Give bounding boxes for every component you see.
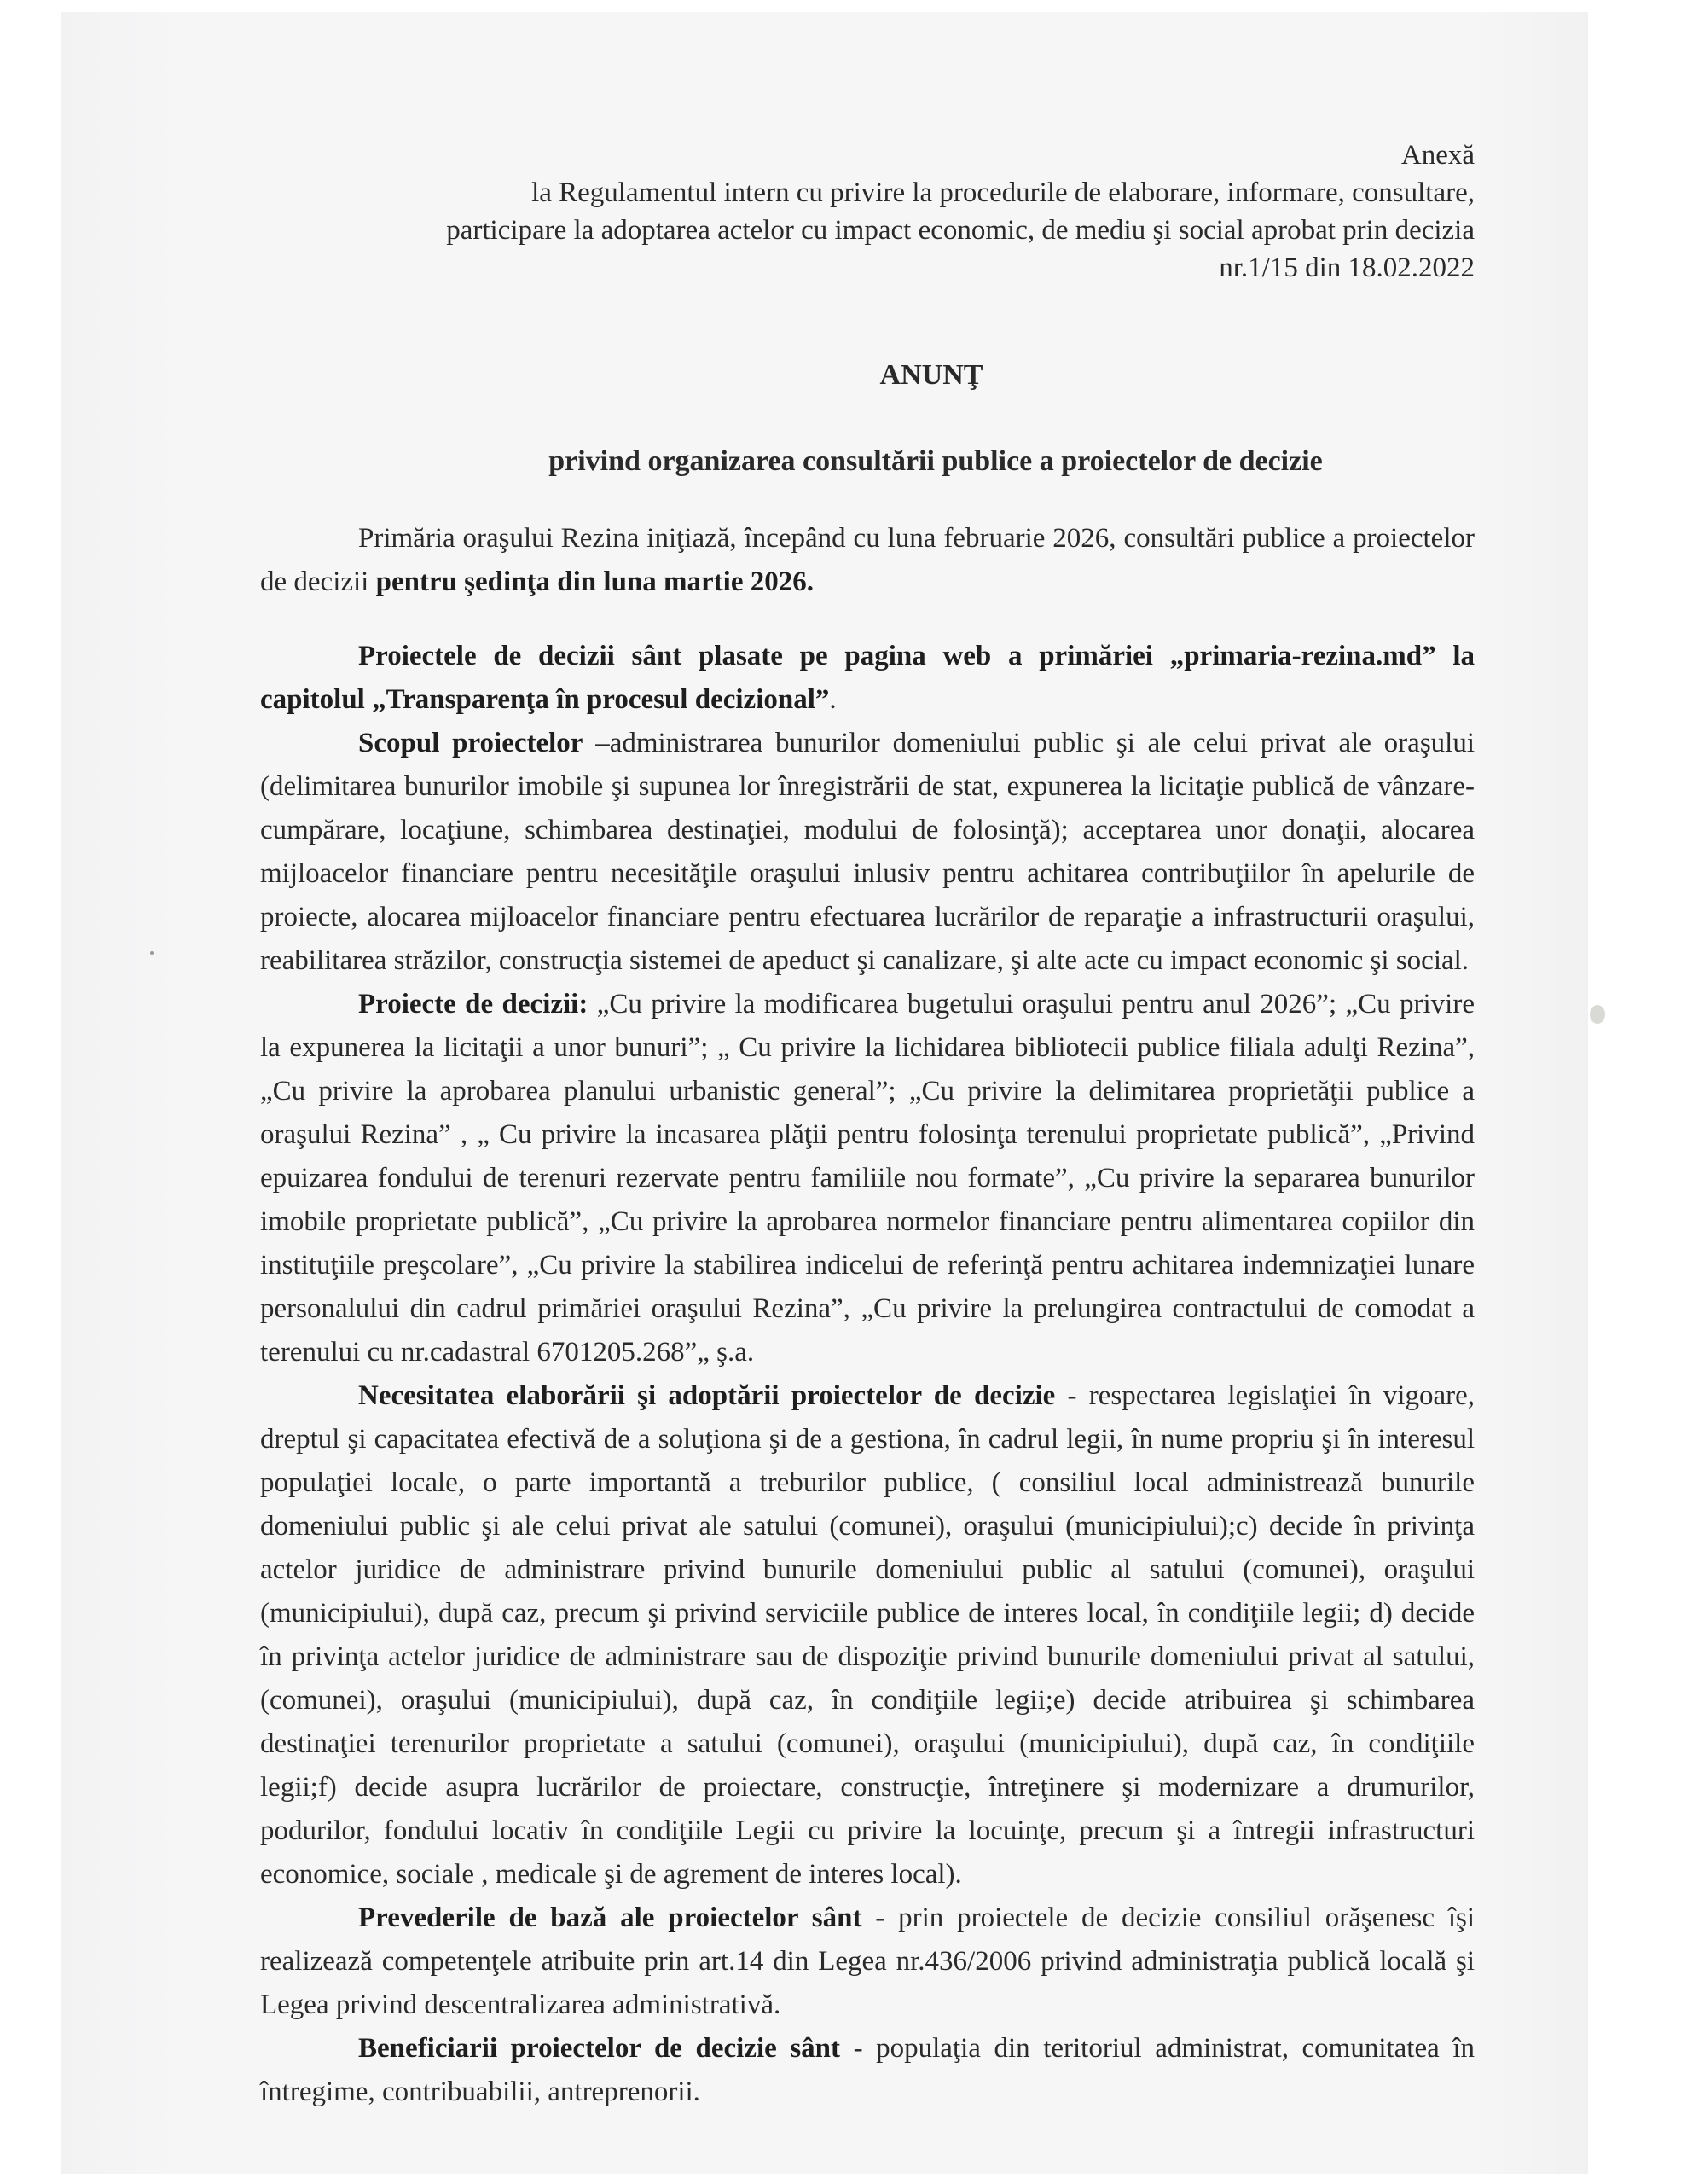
placement-paragraph: Proiectele de decizii sânt plasate pe pa… [260,635,1475,722]
projects-paragraph: Proiecte de decizii: „Cu privire la modi… [260,983,1475,1374]
document-body: Anexă la Regulamentul intern cu privire … [260,136,1475,2114]
document-subtitle: privind organizarea consultării publice … [260,439,1475,483]
annex-line-2: participare la adoptarea actelor cu impa… [260,212,1475,249]
provisions-paragraph: Prevederile de bază ale proiectelor sânt… [260,1896,1475,2027]
scope-paragraph: Scopul proiectelor –administrarea bunuri… [260,722,1475,983]
projects-text: „Cu privire la modificarea bugetului ora… [260,989,1475,1368]
annex-header: Anexă la Regulamentul intern cu privire … [260,136,1475,287]
beneficiaries-label: Beneficiarii proiectelor de decizie sânt [358,2033,840,2064]
document-title: ANUNŢ [260,353,1475,397]
provisions-label: Prevederile de bază ale proiectelor sânt [358,1902,861,1933]
annex-line-3: nr.1/15 din 18.02.2022 [260,249,1475,287]
scope-text: –administrarea bunurilor domeniului publ… [260,728,1475,976]
projects-label: Proiecte de decizii: [358,989,588,1019]
scan-artifact-speck [150,951,154,955]
placement-text: . [829,684,836,715]
beneficiaries-paragraph: Beneficiarii proiectelor de decizie sânt… [260,2027,1475,2114]
necessity-text: - respectarea legislaţiei în vigoare, dr… [260,1380,1475,1890]
necessity-label: Necesitatea elaborării şi adoptării proi… [358,1380,1055,1411]
intro-paragraph: Primăria oraşului Rezina iniţiază, încep… [260,517,1475,604]
necessity-paragraph: Necesitatea elaborării şi adoptării proi… [260,1374,1475,1896]
annex-line-1: la Regulamentul intern cu privire la pro… [260,174,1475,212]
scan-artifact-dot [1590,1005,1605,1024]
scope-label: Scopul proiectelor [358,728,583,758]
intro-bold: pentru şedinţa din luna martie 2026. [376,566,814,597]
placement-bold: Proiectele de decizii sânt plasate pe pa… [260,641,1475,715]
annex-title: Anexă [260,136,1475,174]
